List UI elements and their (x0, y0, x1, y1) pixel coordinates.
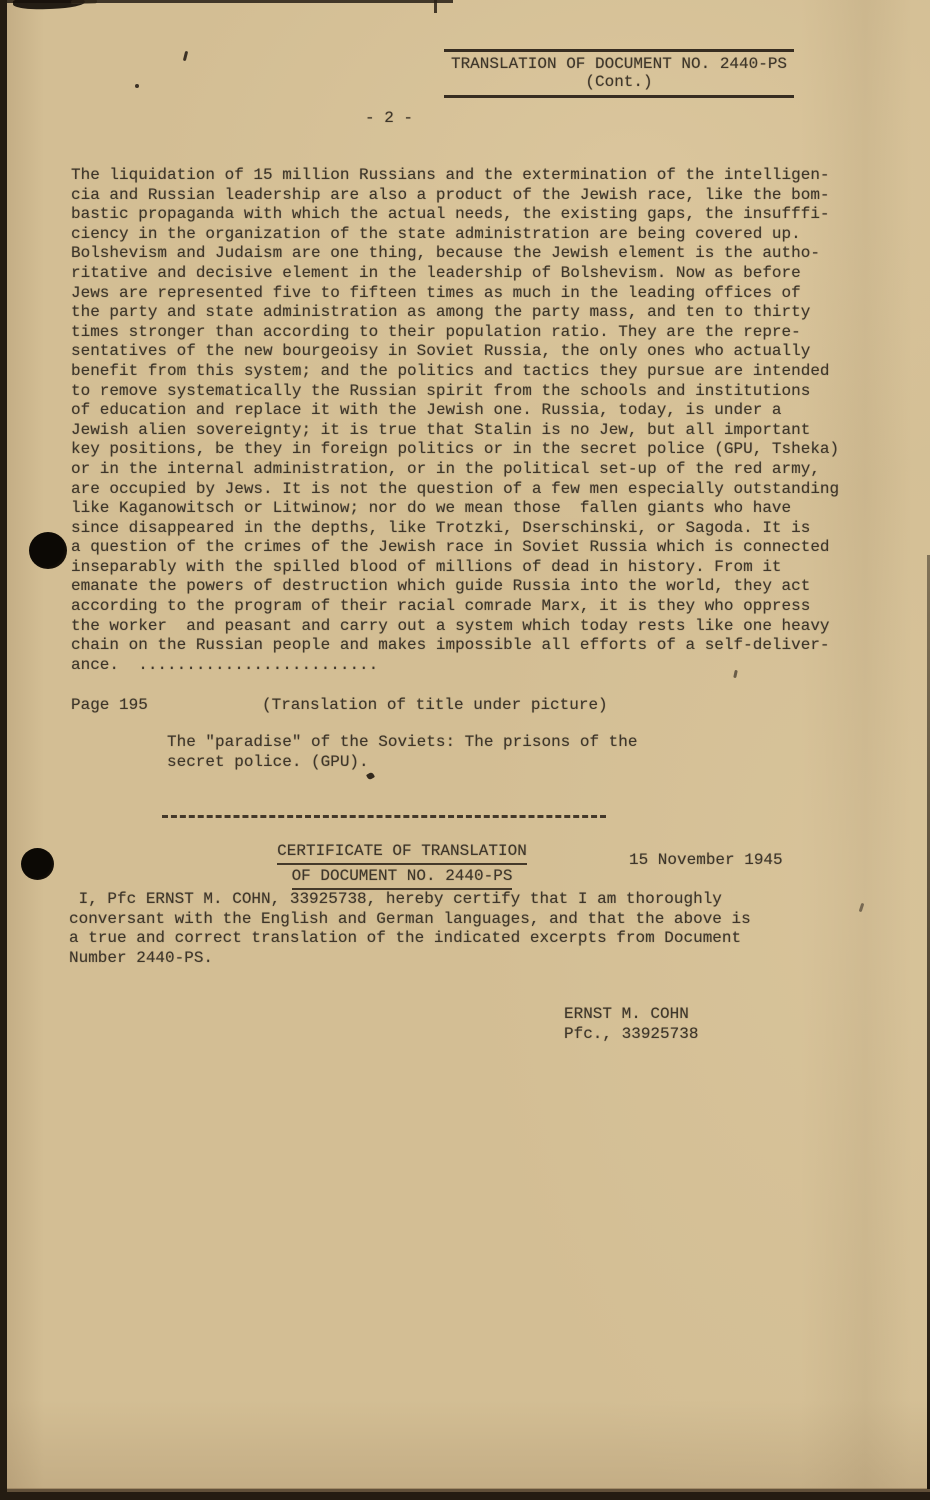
header-title: TRANSLATION OF DOCUMENT NO. 2440-PS (444, 55, 794, 73)
certificate-title: CERTIFICATE OF TRANSLATION OF DOCUMENT N… (277, 840, 527, 890)
certificate-date: 15 November 1945 (629, 851, 783, 871)
dashed-separator (162, 815, 606, 818)
caption-note: (Translation of title under picture) (262, 696, 608, 716)
signature-block: ERNST M. COHN Pfc., 33925738 (564, 1005, 698, 1044)
scan-tick-mark (434, 0, 437, 13)
picture-caption: The "paradise" of the Soviets: The priso… (167, 733, 637, 772)
ink-smudge (13, 0, 85, 10)
paper-speck (366, 772, 375, 781)
page-number: - 2 - (365, 109, 413, 129)
body-paragraph: The liquidation of 15 million Russians a… (71, 166, 839, 675)
certificate-title-line1: CERTIFICATE OF TRANSLATION (277, 840, 527, 865)
certificate-body: I, Pfc ERNST M. COHN, 33925738, hereby c… (69, 890, 751, 968)
paper-speck (135, 84, 139, 88)
paper-speck (183, 51, 188, 61)
document-page: TRANSLATION OF DOCUMENT NO. 2440-PS (Con… (7, 0, 930, 1489)
header-stamp: TRANSLATION OF DOCUMENT NO. 2440-PS (Con… (444, 49, 794, 98)
paper-bottom-edge (7, 1488, 930, 1492)
header-cont: (Cont.) (444, 73, 794, 91)
certificate-title-line2: OF DOCUMENT NO. 2440-PS (292, 865, 513, 890)
hole-punch-bottom (21, 848, 54, 880)
page-ref: Page 195 (71, 696, 148, 716)
hole-punch-top (29, 532, 67, 569)
paper-speck (859, 903, 865, 912)
